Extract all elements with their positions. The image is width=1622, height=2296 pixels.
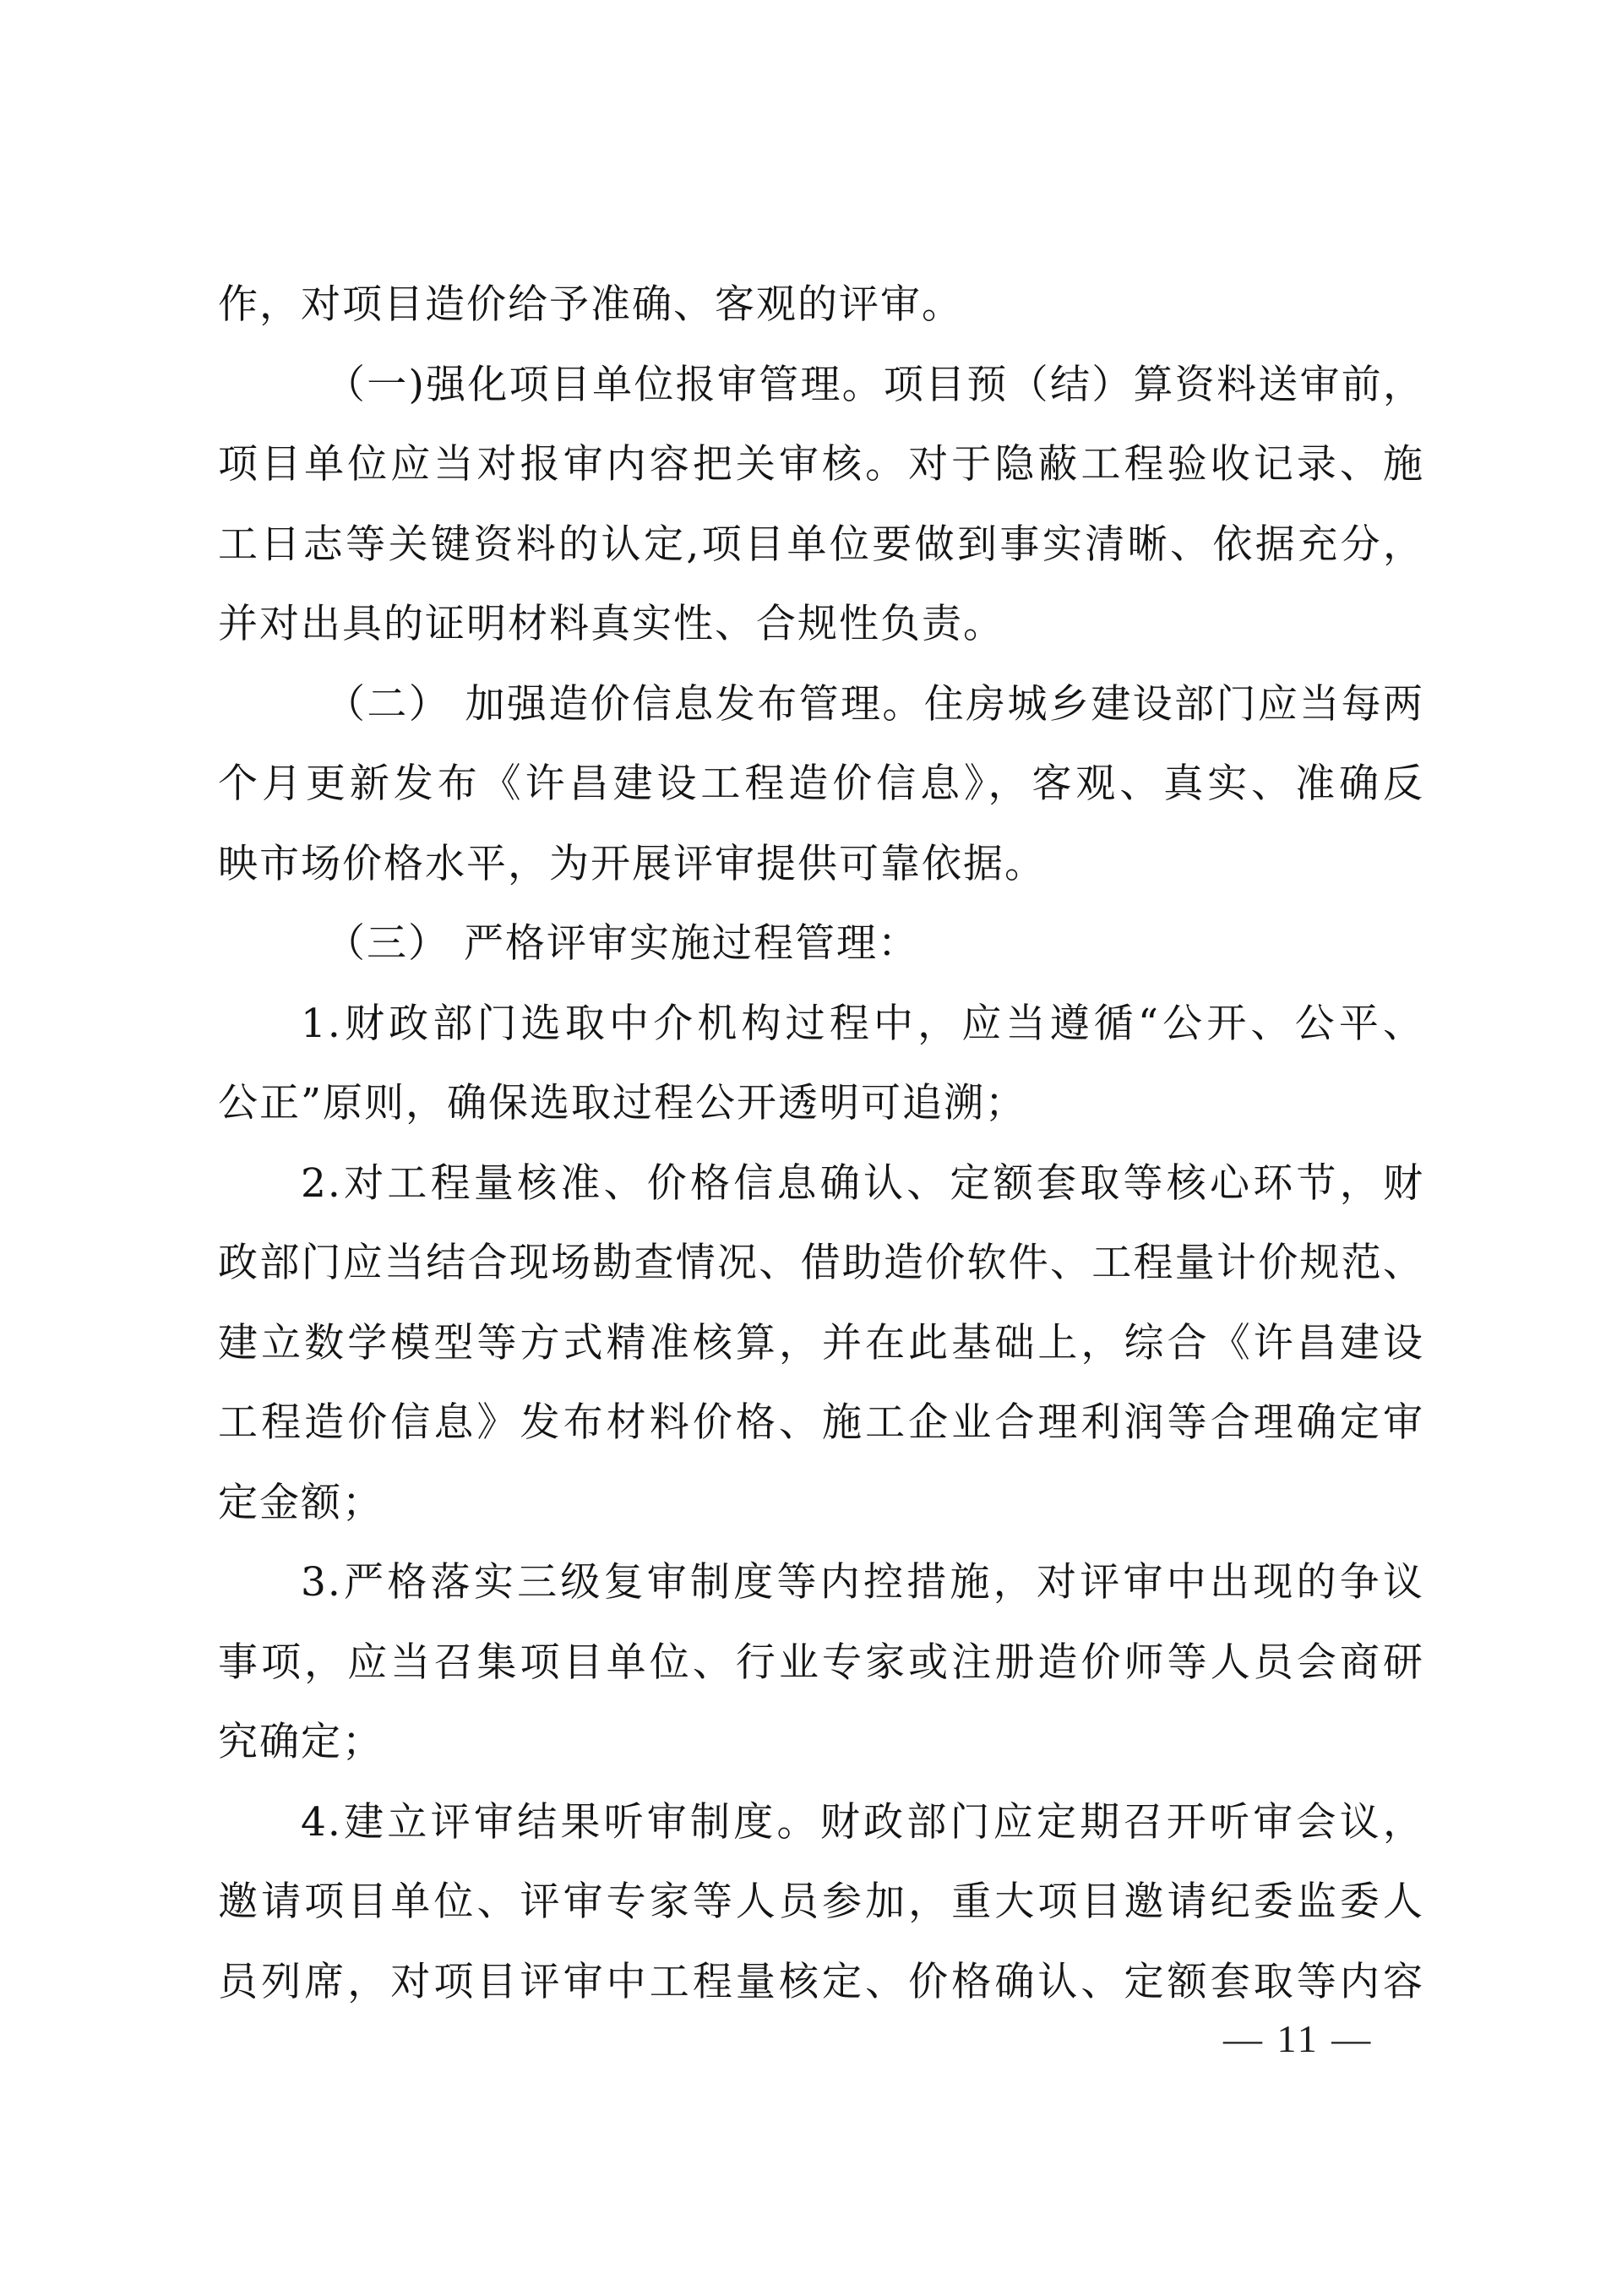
document-page: 作，对项目造价给予准确、客观的评审。 （一)强化项目单位报审管理。项目预（结）算… — [0, 0, 1622, 2296]
page-footer: — 11 — — [1223, 2016, 1373, 2061]
text-line: 3.严格落实三级复审制度等内控措施，对评审中出现的争议 — [218, 1543, 1424, 1623]
text-line: 政部门应当结合现场勘查情况、借助造价软件、工程量计价规范、 — [218, 1224, 1424, 1304]
text-line: 项目单位应当对报审内容把关审核。对于隐蔽工程验收记录、施 — [218, 425, 1424, 505]
text-line: （二） 加强造价信息发布管理。住房城乡建设部门应当每两 — [218, 665, 1424, 745]
text-line: 作，对项目造价给予准确、客观的评审。 — [218, 265, 1424, 346]
text-line: （三） 严格评审实施过程管理： — [218, 904, 1424, 984]
document-body: 作，对项目造价给予准确、客观的评审。 （一)强化项目单位报审管理。项目预（结）算… — [218, 265, 1424, 2022]
text-line: 工日志等关键资料的认定,项目单位要做到事实清晰、依据充分， — [218, 505, 1424, 586]
text-line: 建立数学模型等方式精准核算，并在此基础上，综合《许昌建设 — [218, 1304, 1424, 1384]
text-line: 定金额； — [218, 1464, 1424, 1544]
text-line: 究确定； — [218, 1703, 1424, 1783]
text-line: 邀请项目单位、评审专家等人员参加，重大项目邀请纪委监委人 — [218, 1862, 1424, 1943]
text-line: （一)强化项目单位报审管理。项目预（结）算资料送审前， — [218, 346, 1424, 426]
text-line: 个月更新发布《许昌建设工程造价信息》，客观、真实、准确反 — [218, 744, 1424, 825]
text-line: 工程造价信息》发布材料价格、施工企业合理利润等合理确定审 — [218, 1383, 1424, 1464]
text-line: 映市场价格水平，为开展评审提供可靠依据。 — [218, 825, 1424, 905]
page-number: — 11 — — [1223, 2017, 1373, 2060]
text-line: 公正”原则，确保选取过程公开透明可追溯； — [218, 1064, 1424, 1144]
text-line: 事项，应当召集项目单位、行业专家或注册造价师等人员会商研 — [218, 1623, 1424, 1704]
text-line: 4.建立评审结果听审制度。财政部门应定期召开听审会议， — [218, 1783, 1424, 1863]
text-line: 并对出具的证明材料真实性、合规性负责。 — [218, 585, 1424, 665]
text-line: 1.财政部门选取中介机构过程中，应当遵循“公开、公平、 — [218, 984, 1424, 1065]
text-line: 员列席，对项目评审中工程量核定、价格确认、定额套取等内容 — [218, 1943, 1424, 2023]
text-line: 2.对工程量核准、价格信息确认、定额套取等核心环节，财 — [218, 1144, 1424, 1224]
